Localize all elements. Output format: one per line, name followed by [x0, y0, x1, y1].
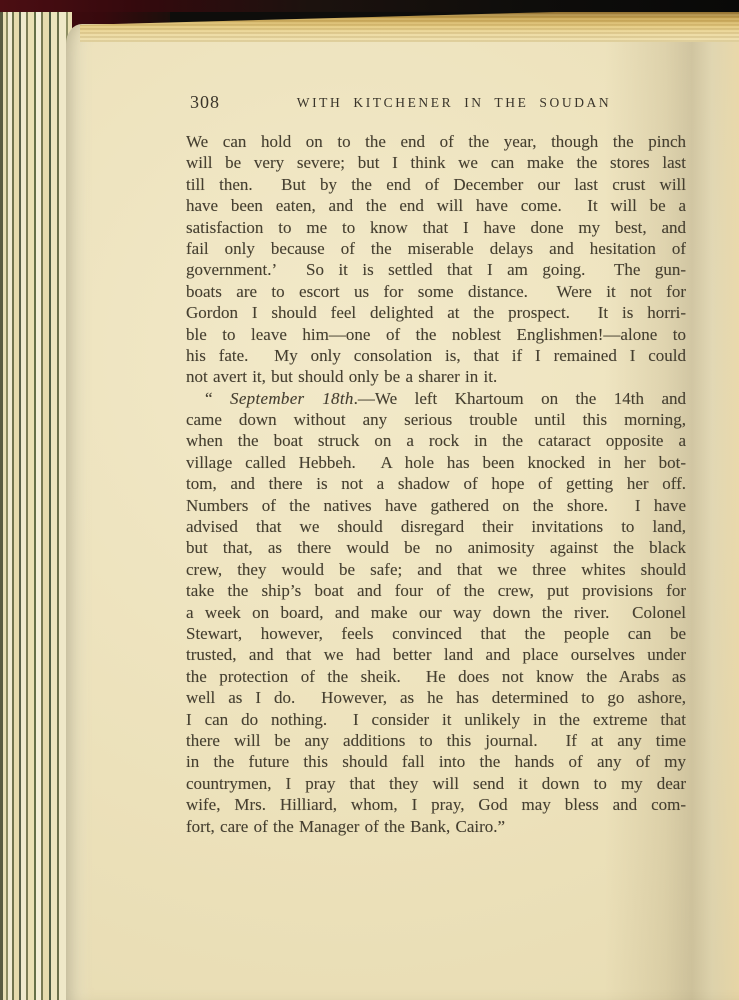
text-segment: boats are to escort us for some distance… — [186, 282, 686, 301]
text-line: there will be any additions to this jour… — [186, 730, 686, 751]
text-segment: Numbers of the natives have gathered on … — [186, 496, 686, 515]
text-segment: in the future this should fall into the … — [186, 752, 686, 771]
text-line: satisfaction to me to know that I have d… — [186, 217, 686, 238]
text-line: wife, Mrs. Hilliard, whom, I pray, God m… — [186, 794, 686, 815]
text-line: well as I do. However, as he has determi… — [186, 687, 686, 708]
page-header: 308 WITH KITCHENER IN THE SOUDAN — [186, 92, 686, 114]
text-line: We can hold on to the end of the year, t… — [186, 131, 686, 152]
text-line: “ September 18th.—We left Khartoum on th… — [186, 388, 686, 409]
page-edge-stripes — [0, 9, 72, 1000]
text-segment: ble to leave him—one of the noblest Engl… — [186, 325, 686, 344]
text-segment: advised that we should disregard their i… — [186, 517, 686, 536]
text-segment: satisfaction to me to know that I have d… — [186, 218, 686, 237]
text-line: ble to leave him—one of the noblest Engl… — [186, 324, 686, 345]
text-line: Gordon I should feel delighted at the pr… — [186, 302, 686, 323]
cover-top-band — [0, 0, 739, 12]
text-line: came down without any serious trouble un… — [186, 409, 686, 430]
text-segment: fort, care of the Manager of the Bank, C… — [186, 817, 505, 836]
text-line: village called Hebbeh. A hole has been k… — [186, 452, 686, 473]
text-line: tom, and there is not a shadow of hope o… — [186, 473, 686, 494]
running-header: WITH KITCHENER IN THE SOUDAN — [186, 92, 686, 111]
text-segment: government.’ So it is settled that I am … — [186, 260, 686, 279]
text-segment: not avert it, but should only be a share… — [186, 367, 497, 386]
text-segment: countrymen, I pray that they will send i… — [186, 774, 686, 793]
text-segment: take the ship’s boat and four of the cre… — [186, 581, 686, 600]
text-segment: village called Hebbeh. A hole has been k… — [186, 453, 686, 472]
text-line: the protection of the sheik. He does not… — [186, 666, 686, 687]
text-segment: his fate. My only consolation is, that i… — [186, 346, 686, 365]
text-line: when the boat struck on a rock in the ca… — [186, 430, 686, 451]
text-line: I can do nothing. I consider it unlikely… — [186, 709, 686, 730]
text-line: in the future this should fall into the … — [186, 751, 686, 772]
printed-text-block: 308 WITH KITCHENER IN THE SOUDAN We can … — [186, 92, 686, 837]
text-segment: crew, they would be safe; and that we th… — [186, 560, 686, 579]
text-segment: I can do nothing. I consider it unlikely… — [186, 710, 686, 729]
text-line: his fate. My only consolation is, that i… — [186, 345, 686, 366]
text-line: but that, as there would be no animosity… — [186, 537, 686, 558]
text-line: will be very severe; but I think we can … — [186, 152, 686, 173]
text-line: Stewart, however, feels convinced that t… — [186, 623, 686, 644]
text-segment: the protection of the sheik. He does not… — [186, 667, 686, 686]
text-line: countrymen, I pray that they will send i… — [186, 773, 686, 794]
text-segment: fail only because of the miserable delay… — [186, 239, 686, 258]
text-segment: till then. But by the end of December ou… — [186, 175, 686, 194]
text-line: fort, care of the Manager of the Bank, C… — [186, 816, 686, 837]
text-line: boats are to escort us for some distance… — [186, 281, 686, 302]
text-line: till then. But by the end of December ou… — [186, 174, 686, 195]
text-segment: when the boat struck on a rock in the ca… — [186, 431, 686, 450]
text-line: trusted, and that we had better land and… — [186, 644, 686, 665]
text-segment: well as I do. However, as he has determi… — [186, 688, 686, 707]
text-line: crew, they would be safe; and that we th… — [186, 559, 686, 580]
text-segment: .—We left Khartoum on the 14th and — [354, 389, 686, 408]
text-line: a week on board, and make our way down t… — [186, 602, 686, 623]
text-segment: but that, as there would be no animosity… — [186, 538, 686, 557]
text-segment: Stewart, however, feels convinced that t… — [186, 624, 686, 643]
text-line: not avert it, but should only be a share… — [186, 366, 686, 387]
text-line: take the ship’s boat and four of the cre… — [186, 580, 686, 601]
text-line: have been eaten, and the end will have c… — [186, 195, 686, 216]
text-segment: a week on board, and make our way down t… — [186, 603, 686, 622]
page-number: 308 — [190, 92, 220, 113]
text-segment: have been eaten, and the end will have c… — [186, 196, 686, 215]
text-line: fail only because of the miserable delay… — [186, 238, 686, 259]
page-text: We can hold on to the end of the year, t… — [186, 131, 686, 837]
text-segment: trusted, and that we had better land and… — [186, 645, 686, 664]
text-segment: Gordon I should feel delighted at the pr… — [186, 303, 686, 322]
text-line: advised that we should disregard their i… — [186, 516, 686, 537]
text-segment: We can hold on to the end of the year, t… — [186, 132, 686, 151]
text-segment: came down without any serious trouble un… — [186, 410, 686, 429]
text-segment: will be very severe; but I think we can … — [186, 153, 686, 172]
text-segment: there will be any additions to this jour… — [186, 731, 686, 750]
text-line: Numbers of the natives have gathered on … — [186, 495, 686, 516]
italic-date-segment: September 18th — [230, 389, 354, 408]
text-line: government.’ So it is settled that I am … — [186, 259, 686, 280]
text-segment: “ — [205, 389, 230, 408]
text-segment: wife, Mrs. Hilliard, whom, I pray, God m… — [186, 795, 686, 814]
scanned-book-photo: { "book": { "page_number": "308", "runni… — [0, 0, 739, 1000]
text-segment: tom, and there is not a shadow of hope o… — [186, 474, 686, 493]
